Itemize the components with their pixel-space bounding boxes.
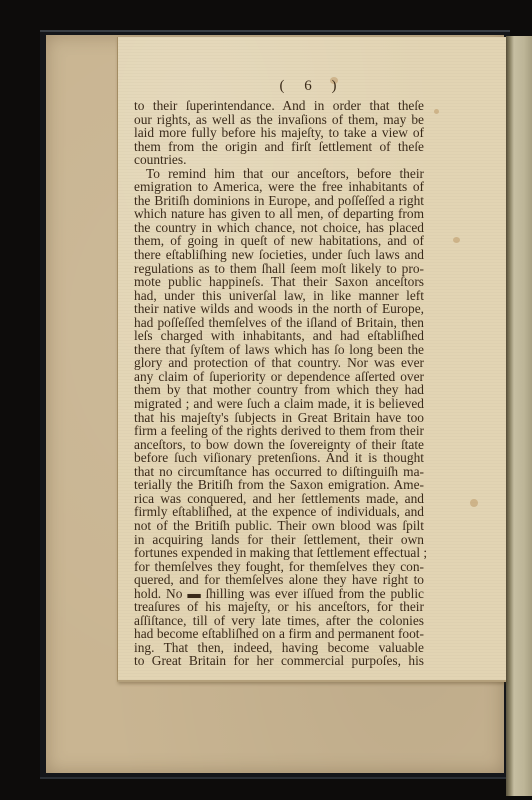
text-line: ing. That then, indeed, having become va… <box>134 641 424 655</box>
text-line: glory and protection of that country. No… <box>134 356 424 370</box>
text-line: migrated ; and were ſuch a claim made, i… <box>134 397 424 411</box>
text-line: aſſiſtance, till of very late times, aft… <box>134 614 424 628</box>
page-number: ( 6 ) <box>118 78 506 95</box>
text-line: treaſures of his majeſty, or his anceſto… <box>134 600 424 614</box>
text-line: fortunes expended in making that ſettlem… <box>134 546 424 560</box>
text-line: which nature has given to all men, of de… <box>134 207 424 221</box>
text-line: our rights, as well as the invaſions of … <box>134 113 424 127</box>
text-line: them from the origin and firſt ſettlemen… <box>134 140 424 154</box>
text-line: before ſuch viſionary pretenſions. And i… <box>134 451 424 465</box>
text-line: not of the Britiſh public. Their own blo… <box>134 519 424 533</box>
text-line: that no circumſtance has occurred to diſ… <box>134 465 424 479</box>
foxing-spot <box>470 499 478 507</box>
text-line: in acquiring lands for their ſettlement,… <box>134 533 424 547</box>
text-line: to their ſuperintendance. And in order t… <box>134 99 424 113</box>
text-line: anceſtors, to bow down the ſovereignty o… <box>134 438 424 452</box>
text-line: quered, and for themſelves alone they ha… <box>134 573 424 587</box>
text-line: leſs charged with inhabitants, and had e… <box>134 329 424 343</box>
text-line: to Great Britain for her commercial purp… <box>134 654 424 668</box>
text-line: the Britiſh dominions in Europe, and poſ… <box>134 194 424 208</box>
text-line: any claim of ſuperiority or dependence a… <box>134 370 424 384</box>
text-line: there eſtabliſhing new ſocieties, under … <box>134 248 424 262</box>
foxing-spot <box>453 237 460 243</box>
text-line: that his majeſty's ſubjects in Great Bri… <box>134 411 424 425</box>
text-line: their native wilds and woods in the nort… <box>134 302 424 316</box>
text-line: for themſelves they fought, for themſelv… <box>134 560 424 574</box>
text-line: had poſſeſſed themſelves of the iſland o… <box>134 316 424 330</box>
foxing-spot <box>434 109 439 114</box>
text-line: hold. No ▬ ſhilling was ever iſſued from… <box>134 587 424 601</box>
text-line: laid more fully before his majeſty, to t… <box>134 126 424 140</box>
text-line: them, of going in queſt of new habitatio… <box>134 234 424 248</box>
text-line: terially the Britiſh from the Saxon emig… <box>134 478 424 492</box>
text-line: had, under this univerſal law, in like m… <box>134 289 424 303</box>
book-page: ( 6 ) to their ſuperintendance. And in o… <box>117 37 506 682</box>
text-line: rica was conquered, and her ſettlements … <box>134 492 424 506</box>
text-line: firmly eſtabliſhed, at the expence of in… <box>134 505 424 519</box>
text-line: mote public happineſs. That their Saxon … <box>134 275 424 289</box>
text-line: countries. <box>134 153 424 167</box>
text-line: firm a feeling of the rights derived to … <box>134 424 424 438</box>
page-stack-edge <box>506 36 532 796</box>
text-line: To remind him that our anceſtors, before… <box>134 167 424 181</box>
text-line: them by that mother country from which t… <box>134 383 424 397</box>
text-line: had become eſtabliſhed on a firm and per… <box>134 627 424 641</box>
text-line: there that ſyſtem of laws which has ſo l… <box>134 343 424 357</box>
page-body-text: to their ſuperintendance. And in order t… <box>134 99 424 668</box>
text-line: the country in which chance, not choice,… <box>134 221 424 235</box>
text-line: emigration to America, were the free inh… <box>134 180 424 194</box>
text-line: regulations as to them ſhall ſeem moſt l… <box>134 262 424 276</box>
